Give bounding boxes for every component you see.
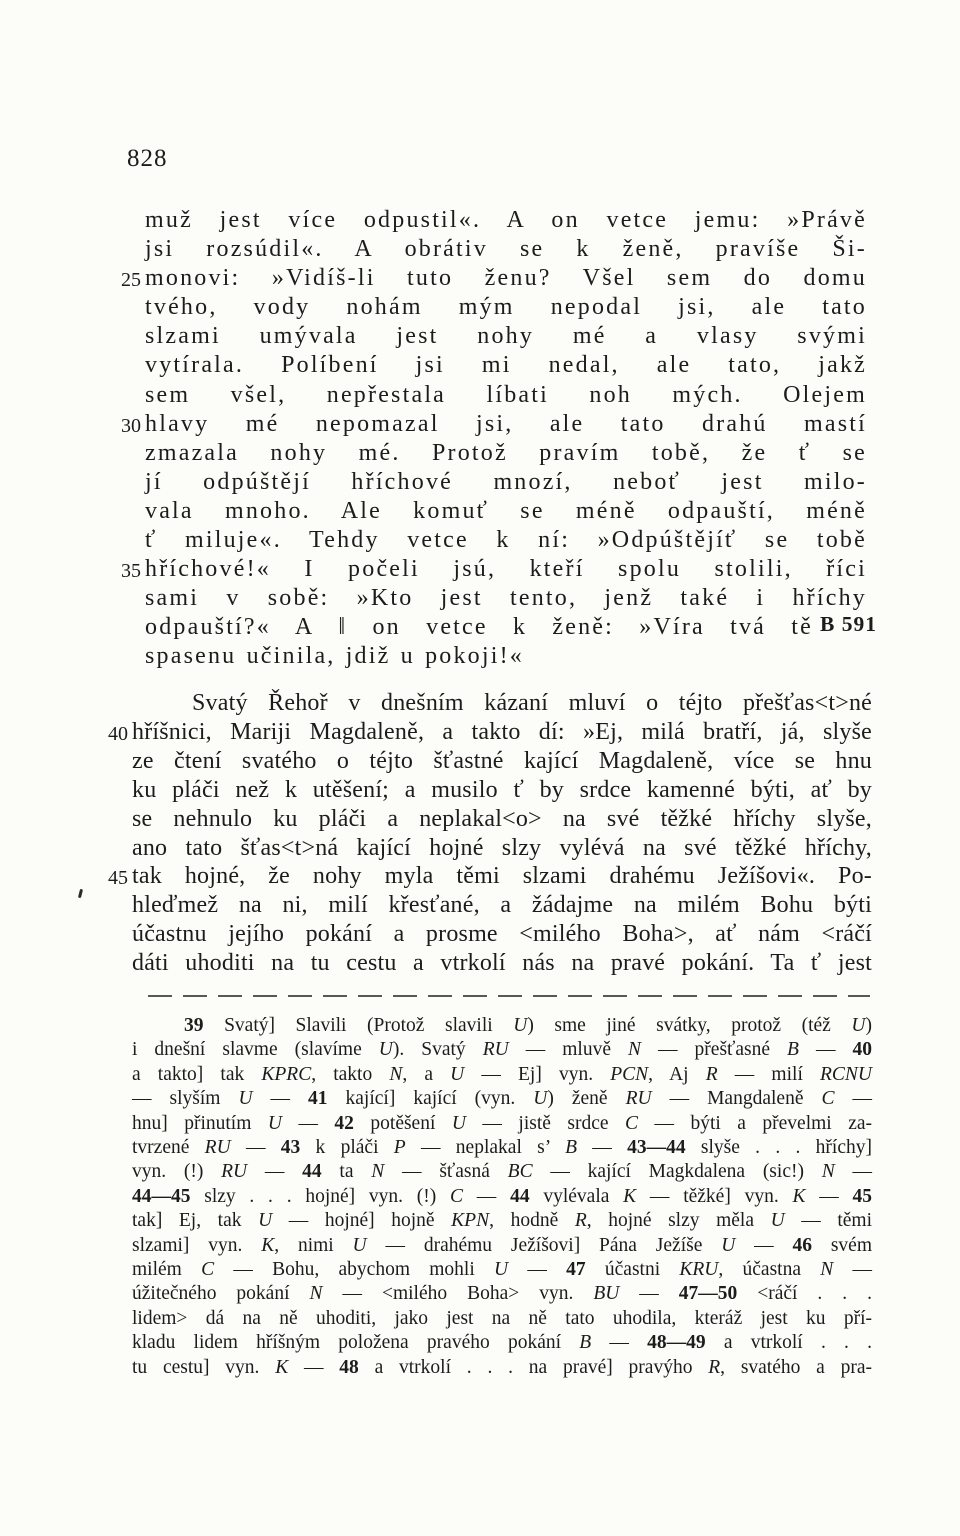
manuscript-siglum: KRU: [679, 1259, 718, 1280]
text-line: se nehnulo ku pláči a neplakal<o> na své…: [132, 805, 872, 834]
apparatus-text: , nimi: [274, 1235, 352, 1256]
apparatus-text: —: [288, 1357, 339, 1378]
commentary-paragraph: Svatý Řehoř v dnešním kázaní mluví o téj…: [132, 689, 872, 978]
text-line: účastnu jejího pokání a prosme <milého B…: [132, 920, 872, 949]
apparatus-text: kající] kající (vyn.: [328, 1088, 534, 1109]
line-text: sem všel, nepřestala líbati noh mých. Ol…: [145, 382, 867, 408]
text-line: Svatý Řehoř v dnešním kázaní mluví o téj…: [132, 689, 872, 718]
apparatus-text: — milí: [718, 1064, 820, 1085]
apparatus-text: , hojné slzy měla: [587, 1210, 771, 1231]
apparatus-text: — přešťasné: [641, 1039, 787, 1060]
apparatus-text: ): [866, 1015, 873, 1036]
apparatus-text: a vtrkolí . . .: [706, 1332, 872, 1353]
line-text: ano tato šťas<t>ná kající hojné slzy vyl…: [132, 835, 872, 861]
manuscript-siglum: U: [721, 1235, 735, 1256]
text-line: sami v sobě: »Kto jest tento, jenž také …: [145, 584, 867, 613]
manuscript-siglum: R: [706, 1064, 718, 1085]
apparatus-text: — šťasná: [384, 1161, 507, 1182]
apparatus-text: hnu] přinutím: [132, 1113, 268, 1134]
line-text: spasenu učinila, jdiž u pokoji!«: [145, 643, 524, 669]
line-text: tak hojné, že nohy myla těmi slzami drah…: [132, 863, 872, 889]
apparatus-text: — kající Magkdalena (sic!): [533, 1161, 822, 1182]
text-line: ano tato šťas<t>ná kající hojné slzy vyl…: [132, 834, 872, 863]
manuscript-siglum: U: [771, 1210, 785, 1231]
apparatus-ref-number: 48: [339, 1357, 359, 1378]
folio-reference: B 591: [820, 612, 877, 637]
apparatus-text: —: [735, 1235, 792, 1256]
apparatus-ref-number: 47: [566, 1259, 586, 1280]
line-text: jsi rozsúdil«. A obrátiv se k ženě, prav…: [145, 236, 867, 262]
apparatus-text: —: [805, 1186, 852, 1207]
apparatus-text: slyše . . . hříchy]: [686, 1137, 872, 1158]
critical-apparatus: 39 Svatý] Slavili (Protož slavili U) sme…: [132, 1014, 872, 1380]
apparatus-text: — neplakal s’: [406, 1137, 565, 1158]
manuscript-siglum: U: [268, 1113, 282, 1134]
apparatus-text: —: [799, 1039, 853, 1060]
apparatus-text: — mluvě: [509, 1039, 628, 1060]
text-line: hleďmež na ni, milí křesťané, a žádajme …: [132, 891, 872, 920]
manuscript-siglum: U: [851, 1015, 865, 1036]
line-text: tvého, vody nohám mým nepodal jsi, ale t…: [145, 294, 867, 320]
text-line: zmazala nohy mé. Protož pravím tobě, že …: [145, 439, 867, 468]
apparatus-text: —: [247, 1161, 302, 1182]
text-line: 30hlavy mé nepomazal jsi, ale tato drahú…: [145, 410, 867, 439]
margin-speck: [78, 889, 83, 898]
apparatus-text: lidem> dá na ně uhoditi, jako jest na ně…: [132, 1308, 872, 1329]
apparatus-text: tu cestu] vyn.: [132, 1357, 275, 1378]
apparatus-ref-number: 46: [792, 1235, 812, 1256]
manuscript-siglum: U: [353, 1235, 367, 1256]
text-line: 35hříchové!« I počeli jsú, kteří spolu s…: [145, 555, 867, 584]
text-line: ze čtení svatého o téjto šťastné kající …: [132, 747, 872, 776]
manuscript-siglum: N: [371, 1161, 384, 1182]
apparatus-text: účastni: [586, 1259, 680, 1280]
apparatus-text: , svatého a pra-: [720, 1357, 872, 1378]
manuscript-siglum: B: [565, 1137, 577, 1158]
apparatus-text: vylévala: [530, 1186, 624, 1207]
text-line: ku pláči než k utěšení; a musilo ť by sr…: [132, 776, 872, 805]
apparatus-text: , účastna: [718, 1259, 820, 1280]
old-czech-text-paragraph: muž jest více odpustil«. A on vetce jemu…: [145, 206, 867, 672]
apparatus-ref-number: 47—50: [679, 1283, 738, 1304]
text-line: milém C — Bohu, abychom mohli U — 47 úča…: [132, 1258, 872, 1282]
line-text: účastnu jejího pokání a prosme <milého B…: [132, 921, 872, 947]
apparatus-ref-number: 42: [334, 1113, 354, 1134]
line-text: vala mnoho. Ale komuť se méně odpauští, …: [145, 498, 867, 524]
page-number: 828: [127, 145, 168, 173]
text-line: spasenu učinila, jdiž u pokoji!«: [145, 642, 867, 671]
manuscript-siglum: B: [787, 1039, 799, 1060]
text-line: — slyším U — 41 kající] kající (vyn. U) …: [132, 1087, 872, 1111]
manuscript-siglum: K: [275, 1357, 288, 1378]
apparatus-text: , takto: [311, 1064, 389, 1085]
text-line: 25monovi: »Vidíš-li tuto ženu? Všel sem …: [145, 264, 867, 293]
manuscript-siglum: PCN: [610, 1064, 648, 1085]
apparatus-ref-number: 45: [853, 1186, 873, 1207]
text-line: vytírala. Políbení jsi mi nedal, ale tat…: [145, 351, 867, 380]
manuscript-siglum: C: [625, 1113, 638, 1134]
line-number: 25: [121, 266, 141, 295]
apparatus-text: —: [253, 1088, 309, 1109]
apparatus-ref-number: 48—49: [647, 1332, 706, 1353]
manuscript-siglum: N: [628, 1039, 641, 1060]
manuscript-siglum: BU: [593, 1283, 619, 1304]
line-text: odpauští?« A ‖ on vetce k ženě: »Víra tv…: [145, 614, 813, 640]
line-number: 45: [108, 864, 128, 893]
manuscript-siglum: RCNU: [820, 1064, 872, 1085]
line-text: hlavy mé nepomazal jsi, ale tato drahú m…: [145, 411, 867, 437]
text-line: vyn. (!) RU — 44 ta N — šťasná BC — kají…: [132, 1160, 872, 1184]
line-text: dáti uhoditi na tu cestu a vtrkolí nás n…: [132, 950, 872, 976]
apparatus-divider: [148, 995, 870, 997]
text-line: slzami] vyn. K, nimi U — drahému Ježíšov…: [132, 1234, 872, 1258]
apparatus-text: tak] Ej, tak: [132, 1210, 258, 1231]
apparatus-text: ta: [322, 1161, 372, 1182]
text-line: ť miluje«. Tehdy vetce k ní: »Odpúštějíť…: [145, 526, 867, 555]
manuscript-siglum: U: [452, 1113, 466, 1134]
text-line: lidem> dá na ně uhoditi, jako jest na ně…: [132, 1307, 872, 1331]
apparatus-text: —: [835, 1088, 873, 1109]
apparatus-text: —: [577, 1137, 627, 1158]
manuscript-siglum: C: [450, 1186, 463, 1207]
manuscript-siglum: U: [533, 1088, 547, 1109]
text-line: jsi rozsúdil«. A obrátiv se k ženě, prav…: [145, 235, 867, 264]
text-line: kladu lidem hříšným položena pravého pok…: [132, 1331, 872, 1355]
apparatus-text: , Aj: [648, 1064, 706, 1085]
apparatus-ref-number: 39: [184, 1015, 224, 1036]
apparatus-ref-number: 41: [308, 1088, 328, 1109]
text-line: 40hříšnici, Mariji Magdaleně, a takto dí…: [132, 718, 872, 747]
apparatus-text: i dnešní slavme (slavíme: [132, 1039, 379, 1060]
manuscript-siglum: RU: [483, 1039, 509, 1060]
apparatus-text: — jistě srdce: [466, 1113, 625, 1134]
text-line: odpauští?« A ‖ on vetce k ženě: »Víra tv…: [145, 613, 813, 642]
apparatus-text: ). Svatý: [393, 1039, 483, 1060]
book-page: 828 muž jest více odpustil«. A on vetce …: [0, 0, 960, 1536]
manuscript-siglum: U: [494, 1259, 508, 1280]
manuscript-siglum: RU: [221, 1161, 247, 1182]
text-line: úžitečného pokání N — <milého Boha> vyn.…: [132, 1282, 872, 1306]
manuscript-siglum: RU: [205, 1137, 231, 1158]
manuscript-siglum: KPRC: [261, 1064, 311, 1085]
apparatus-text: —: [591, 1332, 647, 1353]
apparatus-text: a vtrkolí . . . na pravé] pravýho: [359, 1357, 708, 1378]
manuscript-siglum: C: [821, 1088, 834, 1109]
manuscript-siglum: K: [261, 1235, 274, 1256]
apparatus-text: k pláči: [300, 1137, 394, 1158]
manuscript-siglum: R: [575, 1210, 587, 1231]
text-line: dáti uhoditi na tu cestu a vtrkolí nás n…: [132, 949, 872, 978]
apparatus-text: — Bohu, abychom mohli: [214, 1259, 494, 1280]
manuscript-siglum: P: [394, 1137, 406, 1158]
apparatus-text: — slyším: [132, 1088, 238, 1109]
apparatus-text: — těmi: [785, 1210, 872, 1231]
manuscript-siglum: C: [201, 1259, 214, 1280]
line-text: muž jest více odpustil«. A on vetce jemu…: [145, 207, 867, 233]
line-text: slzami umývala jest nohy mé a vlasy svým…: [145, 323, 867, 349]
apparatus-text: — Mangdaleně: [652, 1088, 822, 1109]
manuscript-siglum: U: [238, 1088, 252, 1109]
apparatus-text: —: [282, 1113, 334, 1134]
line-text: ť miluje«. Tehdy vetce k ní: »Odpúštějíť…: [145, 527, 867, 553]
text-line: tu cestu] vyn. K — 48 a vtrkolí . . . na…: [132, 1356, 872, 1380]
text-line: tvrzené RU — 43 k pláči P — neplakal s’ …: [132, 1136, 872, 1160]
manuscript-siglum: R: [708, 1357, 720, 1378]
apparatus-text: —: [619, 1283, 678, 1304]
text-line: a takto] tak KPRC, takto N, a U — Ej] vy…: [132, 1063, 872, 1087]
manuscript-siglum: K: [623, 1186, 636, 1207]
line-number: 30: [121, 412, 141, 441]
apparatus-text: potěšení: [354, 1113, 452, 1134]
apparatus-text: , hodně: [489, 1210, 575, 1231]
line-text: sami v sobě: »Kto jest tento, jenž také …: [145, 585, 867, 611]
apparatus-text: ) sme jiné svátky, protož (též: [527, 1015, 851, 1036]
line-text: zmazala nohy mé. Protož pravím tobě, že …: [145, 440, 867, 466]
apparatus-text: milém: [132, 1259, 201, 1280]
manuscript-siglum: N: [822, 1161, 835, 1182]
apparatus-text: — býti a převelmi za-: [638, 1113, 872, 1134]
apparatus-text: — hojné] hojně: [272, 1210, 451, 1231]
manuscript-siglum: U: [379, 1039, 393, 1060]
apparatus-text: úžitečného pokání: [132, 1283, 309, 1304]
line-text: ku pláči než k utěšení; a musilo ť by sr…: [132, 777, 872, 803]
apparatus-text: vyn. (!): [132, 1161, 221, 1182]
apparatus-ref-number: 44—45: [132, 1186, 191, 1207]
apparatus-text: a takto] tak: [132, 1064, 261, 1085]
line-text: hříchové!« I počeli jsú, kteří spolu sto…: [145, 556, 867, 582]
text-line: 44—45 slzy . . . hojné] vyn. (!) C — 44 …: [132, 1185, 872, 1209]
line-text: Svatý Řehoř v dnešním kázaní mluví o téj…: [192, 690, 872, 716]
line-text: hříšnici, Mariji Magdaleně, a takto dí: …: [132, 719, 872, 745]
line-text: monovi: »Vidíš-li tuto ženu? Všel sem do…: [145, 265, 867, 291]
line-text: se nehnulo ku pláči a neplakal<o> na své…: [132, 806, 872, 832]
apparatus-ref-number: 44: [302, 1161, 322, 1182]
line-text: hleďmež na ni, milí křesťané, a žádajme …: [132, 892, 872, 918]
manuscript-siglum: K: [792, 1186, 805, 1207]
apparatus-text: slzami] vyn.: [132, 1235, 261, 1256]
manuscript-siglum: BC: [508, 1161, 533, 1182]
apparatus-text: , a: [402, 1064, 450, 1085]
manuscript-siglum: N: [309, 1283, 322, 1304]
apparatus-ref-number: 40: [853, 1039, 873, 1060]
text-line: vala mnoho. Ale komuť se méně odpauští, …: [145, 497, 867, 526]
manuscript-siglum: RU: [626, 1088, 652, 1109]
manuscript-siglum: N: [389, 1064, 402, 1085]
apparatus-text: tvrzené: [132, 1137, 205, 1158]
manuscript-siglum: KPN: [451, 1210, 489, 1231]
apparatus-text: — <milého Boha> vyn.: [323, 1283, 594, 1304]
apparatus-ref-number: 43: [281, 1137, 301, 1158]
manuscript-siglum: U: [258, 1210, 272, 1231]
line-number: 40: [108, 720, 128, 749]
manuscript-siglum: N: [820, 1259, 833, 1280]
apparatus-text: —: [833, 1259, 872, 1280]
text-line: hnu] přinutím U — 42 potěšení U — jistě …: [132, 1112, 872, 1136]
text-line: 39 Svatý] Slavili (Protož slavili U) sme…: [132, 1014, 872, 1038]
apparatus-text: <ráčí . . .: [737, 1283, 872, 1304]
text-line: i dnešní slavme (slavíme U). Svatý RU — …: [132, 1038, 872, 1062]
apparatus-text: Svatý] Slavili (Protož slavili: [224, 1015, 513, 1036]
apparatus-text: — těžké] vyn.: [636, 1186, 792, 1207]
text-line: muž jest více odpustil«. A on vetce jemu…: [145, 206, 867, 235]
apparatus-ref-number: 44: [510, 1186, 530, 1207]
apparatus-text: —: [508, 1259, 566, 1280]
text-line: tvého, vody nohám mým nepodal jsi, ale t…: [145, 293, 867, 322]
manuscript-siglum: B: [579, 1332, 591, 1353]
apparatus-text: kladu lidem hříšným položena pravého pok…: [132, 1332, 579, 1353]
apparatus-text: —: [231, 1137, 281, 1158]
apparatus-ref-number: 43—44: [627, 1137, 686, 1158]
apparatus-text: — drahému Ježíšovi] Pána Ježíše: [367, 1235, 722, 1256]
line-text: jí odpúštějí hříchové mnozí, neboť jest …: [145, 469, 867, 495]
line-number: 35: [121, 557, 141, 586]
text-line: tak] Ej, tak U — hojné] hojně KPN, hodně…: [132, 1209, 872, 1233]
apparatus-text: ) ženě: [547, 1088, 625, 1109]
text-line: 45tak hojné, že nohy myla těmi slzami dr…: [132, 862, 872, 891]
apparatus-text: —: [463, 1186, 510, 1207]
line-text: ze čtení svatého o téjto šťastné kající …: [132, 748, 872, 774]
manuscript-siglum: U: [450, 1064, 464, 1085]
text-line: sem všel, nepřestala líbati noh mých. Ol…: [145, 381, 867, 410]
apparatus-text: — Ej] vyn.: [464, 1064, 610, 1085]
text-line: slzami umývala jest nohy mé a vlasy svým…: [145, 322, 867, 351]
text-line: jí odpúštějí hříchové mnozí, neboť jest …: [145, 468, 867, 497]
line-text: vytírala. Políbení jsi mi nedal, ale tat…: [145, 352, 867, 378]
apparatus-text: slzy . . . hojné] vyn. (!): [191, 1186, 451, 1207]
apparatus-text: —: [835, 1161, 872, 1182]
manuscript-siglum: U: [513, 1015, 527, 1036]
apparatus-text: svém: [812, 1235, 872, 1256]
